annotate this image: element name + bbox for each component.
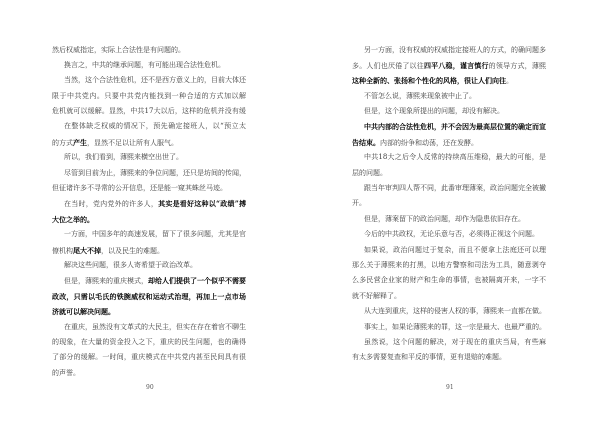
text-run: 虽然说，这个问题的解决，对于现在的重庆当局，有些麻烦， <box>364 338 546 350</box>
text-line: 么多民营企业家的财产和生命的事情，也被隔离开来，一字不提， <box>352 273 546 288</box>
text-run: 层的问题。 <box>352 169 387 177</box>
emphasis-run: 尾大不掉 <box>73 246 101 255</box>
text-line: 的现象，在大量的资金投入之下，重庆的民生问题，也的确得到 <box>52 335 246 350</box>
text-run: 不管怎么说，薄熙来现象被中止了。 <box>364 92 476 100</box>
text-line: 层的问题。 <box>352 166 546 181</box>
page-right: 另一方面，没有权威的权威指定接班人的方式，的确问题多 多。人们也厌倦了以往四平八… <box>300 0 600 421</box>
text-line: 事实上，如果论薄熙来的罪，这一宗是最大、也最严重的。 <box>352 320 546 335</box>
text-line: 在当时，党内党外的许多人，其实是看好这种以“政绩”搏 <box>52 196 246 211</box>
text-run: 在重庆，虽然没有文革式的大民主，但实在存在着官不聊生 <box>64 323 246 331</box>
text-line: 在重庆，虽然没有文革式的大民主，但实在存在着官不聊生 <box>52 320 246 335</box>
text-run: 内部的纷争和动荡，还在发酵。 <box>380 139 478 147</box>
text-line: 危机就可以缓解。显然，中共17大以后，这样的危机并没有缓解。 <box>52 104 246 119</box>
text-run: 事实上，如果论薄熙来的罪，这一宗是最大、也最严重的。 <box>364 323 546 331</box>
emphasis-run: 其实是看好这种以“政绩”搏 <box>158 199 246 208</box>
text-line: 但是，薄案留下的政治问题，却作为隐患依旧存在。 <box>352 212 546 227</box>
text-line: 的方式产生，显然不足以让所有人服气。 <box>52 135 246 150</box>
text-run: 的声誉。 <box>52 369 80 377</box>
page-number: 91 <box>446 384 454 391</box>
text-run: 有太多需要复查和平反的事情，更有退赔的难题。 <box>352 353 506 361</box>
text-run: 尽管到目前为止，薄熙来的争位问题，还只是坊间的传闻， <box>64 169 246 177</box>
text-line: 告结束。内部的纷争和动荡，还在发酵。 <box>352 135 546 150</box>
text-run: 那么关于薄熙来的打黑，以地方警察和司法为工具，随意剥夺那 <box>352 261 546 273</box>
text-line: 开。 <box>352 196 546 211</box>
text-run: 但是，这个现象所提出的问题，却没有解决。 <box>364 107 504 115</box>
text-run: 但是，薄熙来的重庆模式， <box>64 277 148 285</box>
text-run: 开。 <box>352 199 366 207</box>
text-line: 在整体缺乏权威的情况下，预先确定接班人，以“预立太子” <box>52 119 246 134</box>
emphasis-run: 却给人们提供了一个似乎不需要 <box>148 276 246 285</box>
text-line: 尽管到目前为止，薄熙来的争位问题，还只是坊间的传闻， <box>52 166 246 181</box>
text-line: 就不好解释了。 <box>352 289 546 304</box>
text-line: 了部分的缓解。一时间，重庆模式在中共党内甚至民间具有很高 <box>52 350 246 365</box>
page-body: 另一方面，没有权威的权威指定接班人的方式，的确问题多 多。人们也厌倦了以往四平八… <box>352 43 546 366</box>
emphasis-run: 告结束。 <box>352 138 380 147</box>
text-run: 如果说，政治问题过于复杂，而且不便拿上法庭还可以理解， <box>364 246 546 258</box>
text-line: 但是，这个现象所提出的问题，却没有解决。 <box>352 104 546 119</box>
text-run: 就不好解释了。 <box>352 292 401 300</box>
text-line: 多。人们也厌倦了以往四平八稳，谨言慎行的领导方式，薄熙来 <box>352 58 546 73</box>
text-run: 限于中共党内。只要中共党内能找到一种合适的方式加以解决， <box>52 92 246 104</box>
text-run: 在当时，党内党外的许多人， <box>64 200 158 208</box>
emphasis-run: 这种全新的、张扬和个性化的风格，很让人们向往 <box>352 76 506 85</box>
text-line: 所以，我们看到，薄熙来横空出世了。 <box>52 150 246 165</box>
text-line: 然后权威指定，实际上合法性是有问题的。 <box>52 43 246 58</box>
text-run: 但是，薄案留下的政治问题，却作为隐患依旧存在。 <box>364 215 525 223</box>
text-line: 虽然说，这个问题的解决，对于现在的重庆当局，有些麻烦， <box>352 335 546 350</box>
text-run: 解决这些问题，很多人寄希望于政治改革。 <box>64 261 197 269</box>
text-line: 另一方面，没有权威的权威指定接班人的方式，的确问题多 <box>352 43 546 58</box>
text-line: 跟当年审判四人帮不同，此番审理薄案，政治问题完全被撇 <box>352 181 546 196</box>
text-line: 当然，这个合法性危机，还不是西方意义上的，目前大体还 <box>52 73 246 88</box>
page-number: 90 <box>146 384 154 391</box>
text-line: 那么关于薄熙来的打黑，以地方警察和司法为工具，随意剥夺那 <box>352 258 546 273</box>
text-line: 解决这些问题，很多人寄希望于政治改革。 <box>52 258 246 273</box>
text-run: 在整体缺乏权威的情况下，预先确定接班人，以“预立太子” <box>64 122 246 134</box>
text-line: 中共内部的合法性危机，并不会因为最高层位置的确定而宣 <box>352 119 546 134</box>
text-line: 不管怎么说，薄熙来现象被中止了。 <box>352 89 546 104</box>
emphasis-run: 济就可以解决问题。 <box>52 307 115 316</box>
text-run: 另一方面，没有权威的权威指定接班人的方式，的确问题多 <box>364 46 546 54</box>
page-body: 然后权威指定，实际上合法性是有问题的。 换言之，中共的继承问题，有可能出现合法性… <box>52 43 246 382</box>
text-line: 有太多需要复查和平反的事情，更有退赔的难题。 <box>352 350 546 365</box>
text-line: 的声誉。 <box>52 366 246 381</box>
text-run: 然后权威指定，实际上合法性是有问题的。 <box>52 46 185 54</box>
text-line: 济就可以解决问题。 <box>52 304 246 319</box>
page-left: 然后权威指定，实际上合法性是有问题的。 换言之，中共的继承问题，有可能出现合法性… <box>0 0 300 421</box>
text-line: 大位之举的。 <box>52 212 246 227</box>
text-run: 今后的中共政权，无论乐意与否，必须得正视这个问题。 <box>364 230 539 238</box>
text-run: 所以，我们看到，薄熙来横空出世了。 <box>64 153 183 161</box>
text-run: 的现象，在大量的资金投入之下，重庆的民生问题，也的确得到 <box>52 338 246 350</box>
text-line: 但是，薄熙来的重庆模式，却给人们提供了一个似乎不需要 <box>52 273 246 288</box>
text-line: 这种全新的、张扬和个性化的风格，很让人们向往。 <box>352 73 546 88</box>
text-line: 但征诸许多不寻常的公开信息，还是能一窥其蛛丝马迹。 <box>52 181 246 196</box>
emphasis-run: 大位之举的。 <box>52 215 94 224</box>
text-run: 多。人们也厌倦了以往 <box>352 62 424 70</box>
emphasis-run: 四平八稳，谨言慎行 <box>424 61 489 70</box>
text-line: 从大连到重庆，这样的侵害人权的事，薄熙来一直都在做。 <box>352 304 546 319</box>
text-run: 中共18大之后令人反常的持续高压维稳，最大的可能，是高 <box>364 153 546 165</box>
emphasis-run: 产生 <box>73 138 87 147</box>
text-line: 今后的中共政权，无论乐意与否，必须得正视这个问题。 <box>352 227 546 242</box>
text-run: ，以及民生的难题。 <box>101 247 164 255</box>
text-run: 。 <box>506 77 513 85</box>
text-run: ，显然不足以让所有人服气。 <box>87 139 178 147</box>
text-run: 换言之，中共的继承问题，有可能出现合法性危机。 <box>64 61 225 69</box>
text-line: 僚机构尾大不掉，以及民生的难题。 <box>52 243 246 258</box>
emphasis-run: 政改，只需以毛氏的铁腕威权和运动式治理，再加上一点市场经 <box>52 292 246 304</box>
text-run: 危机就可以缓解。显然，中共17大以后，这样的危机并没有缓解。 <box>52 107 246 119</box>
text-line: 如果说，政治问题过于复杂，而且不便拿上法庭还可以理解， <box>352 243 546 258</box>
text-line: 限于中共党内。只要中共党内能找到一种合适的方式加以解决， <box>52 89 246 104</box>
text-line: 政改，只需以毛氏的铁腕威权和运动式治理，再加上一点市场经 <box>52 289 246 304</box>
text-run: 么多民营企业家的财产和生命的事情，也被隔离开来，一字不提， <box>352 276 546 288</box>
text-line: 中共18大之后令人反常的持续高压维稳，最大的可能，是高 <box>352 150 546 165</box>
text-run: 从大连到重庆，这样的侵害人权的事，薄熙来一直都在做。 <box>364 307 546 315</box>
text-run: 的方式 <box>52 139 73 147</box>
text-run: 但征诸许多不寻常的公开信息，还是能一窥其蛛丝马迹。 <box>52 184 227 192</box>
text-run: 跟当年审判四人帮不同，此番审理薄案，政治问题完全被撇 <box>364 184 546 192</box>
text-line: 一方面，中国多年的高速发展，留下了很多问题，尤其是官 <box>52 227 246 242</box>
text-run: 僚机构 <box>52 247 73 255</box>
text-line: 换言之，中共的继承问题，有可能出现合法性危机。 <box>52 58 246 73</box>
text-run: 一方面，中国多年的高速发展，留下了很多问题，尤其是官 <box>64 230 246 238</box>
book-spread: 然后权威指定，实际上合法性是有问题的。 换言之，中共的继承问题，有可能出现合法性… <box>0 0 600 421</box>
text-run: 了部分的缓解。一时间，重庆模式在中共党内甚至民间具有很高 <box>52 353 246 365</box>
emphasis-run: 中共内部的合法性危机，并不会因为最高层位置的确定而宣 <box>364 122 546 131</box>
text-run: 当然，这个合法性危机，还不是西方意义上的，目前大体还 <box>64 76 246 84</box>
